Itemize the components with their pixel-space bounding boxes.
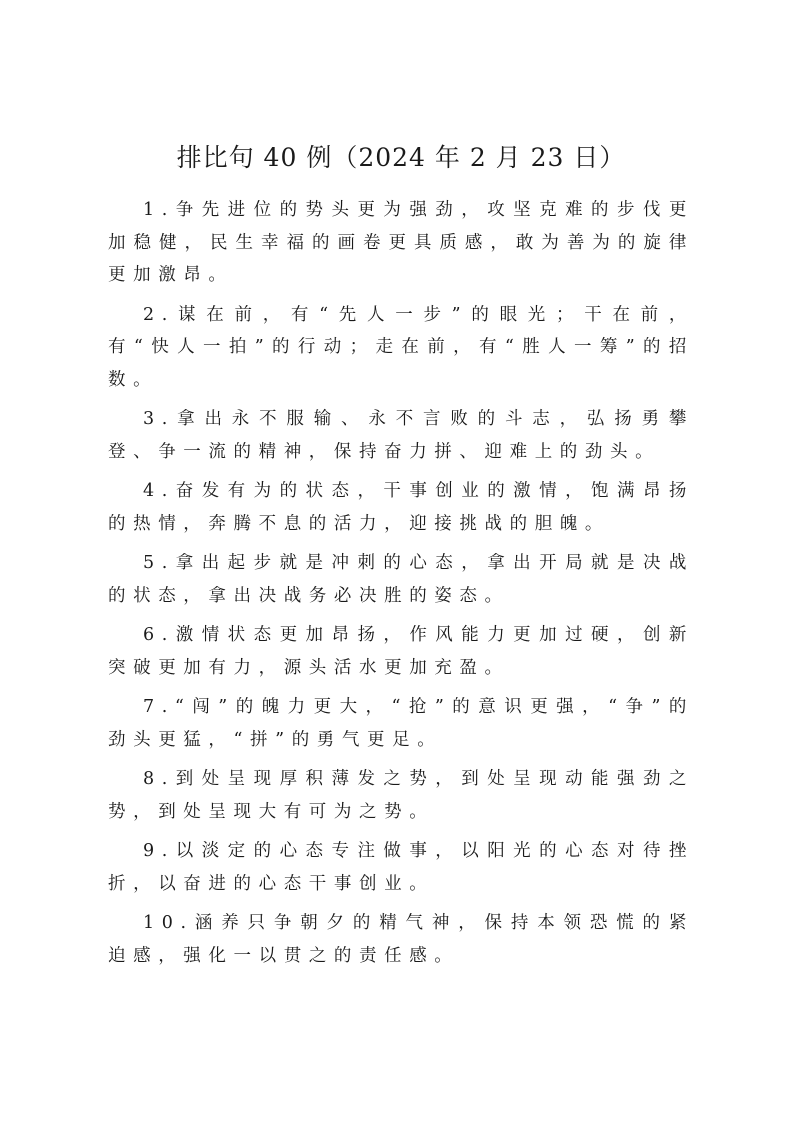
item-text: 涵养只争朝夕的精气神，保持本领恐慌的紧迫感，强化一以贯之的责任感。 [108,913,694,966]
list-item: 2.谋在前，有“先人一步”的眼光；干在前，有“快人一拍”的行动；走在前，有“胜人… [108,299,694,397]
list-item: 4.奋发有为的状态，干事创业的激情，饱满昂扬的热情，奔腾不息的活力，迎接挑战的胆… [108,475,694,540]
item-text: 拿出永不服输、永不言败的斗志，弘扬勇攀登、争一流的精神，保持奋力拼、迎难上的劲头… [108,409,694,462]
item-text: “闯”的魄力更大，“抢”的意识更强，“争”的劲头更猛，“拼”的勇气更足。 [108,697,694,750]
item-number: 7. [143,697,175,717]
list-item: 7.“闯”的魄力更大，“抢”的意识更强，“争”的劲头更猛，“拼”的勇气更足。 [108,691,694,756]
item-number: 1. [143,200,175,220]
list-item: 8.到处呈现厚积薄发之势，到处呈现动能强劲之势，到处呈现大有可为之势。 [108,763,694,828]
item-text: 到处呈现厚积薄发之势，到处呈现动能强劲之势，到处呈现大有可为之势。 [108,769,694,822]
list-item: 6.激情状态更加昂扬，作风能力更加过硬，创新突破更加有力，源头活水更加充盈。 [108,619,694,684]
list-item: 3.拿出永不服输、永不言败的斗志，弘扬勇攀登、争一流的精神，保持奋力拼、迎难上的… [108,403,694,468]
item-text: 以淡定的心态专注做事，以阳光的心态对待挫折，以奋进的心态干事创业。 [108,841,694,894]
document-title: 排比句 40 例（2024 年 2 月 23 日） [108,138,694,178]
item-text: 激情状态更加昂扬，作风能力更加过硬，创新突破更加有力，源头活水更加充盈。 [108,625,694,678]
item-number: 2. [143,305,175,325]
item-number: 5. [143,553,175,573]
item-number: 10. [143,913,194,933]
item-number: 8. [143,769,175,789]
item-number: 9. [143,841,175,861]
list-item: 10.涵养只争朝夕的精气神，保持本领恐慌的紧迫感，强化一以贯之的责任感。 [108,907,694,972]
item-text: 争先进位的势头更为强劲，攻坚克难的步伐更加稳健，民生幸福的画卷更具质感，敢为善为… [108,200,694,285]
list-item: 9.以淡定的心态专注做事，以阳光的心态对待挫折，以奋进的心态干事创业。 [108,835,694,900]
item-text: 谋在前，有“先人一步”的眼光；干在前，有“快人一拍”的行动；走在前，有“胜人一筹… [108,305,694,390]
item-text: 奋发有为的状态，干事创业的激情，饱满昂扬的热情，奔腾不息的活力，迎接挑战的胆魄。 [108,481,694,534]
item-text: 拿出起步就是冲刺的心态，拿出开局就是决战的状态，拿出决战务必决胜的姿态。 [108,553,694,606]
list-item: 5.拿出起步就是冲刺的心态，拿出开局就是决战的状态，拿出决战务必决胜的姿态。 [108,547,694,612]
list-item: 1.争先进位的势头更为强劲，攻坚克难的步伐更加稳健，民生幸福的画卷更具质感，敢为… [108,194,694,292]
item-number: 3. [143,409,175,429]
document-page: 排比句 40 例（2024 年 2 月 23 日） 1.争先进位的势头更为强劲，… [108,138,694,979]
item-number: 6. [143,625,175,645]
item-number: 4. [143,481,175,501]
